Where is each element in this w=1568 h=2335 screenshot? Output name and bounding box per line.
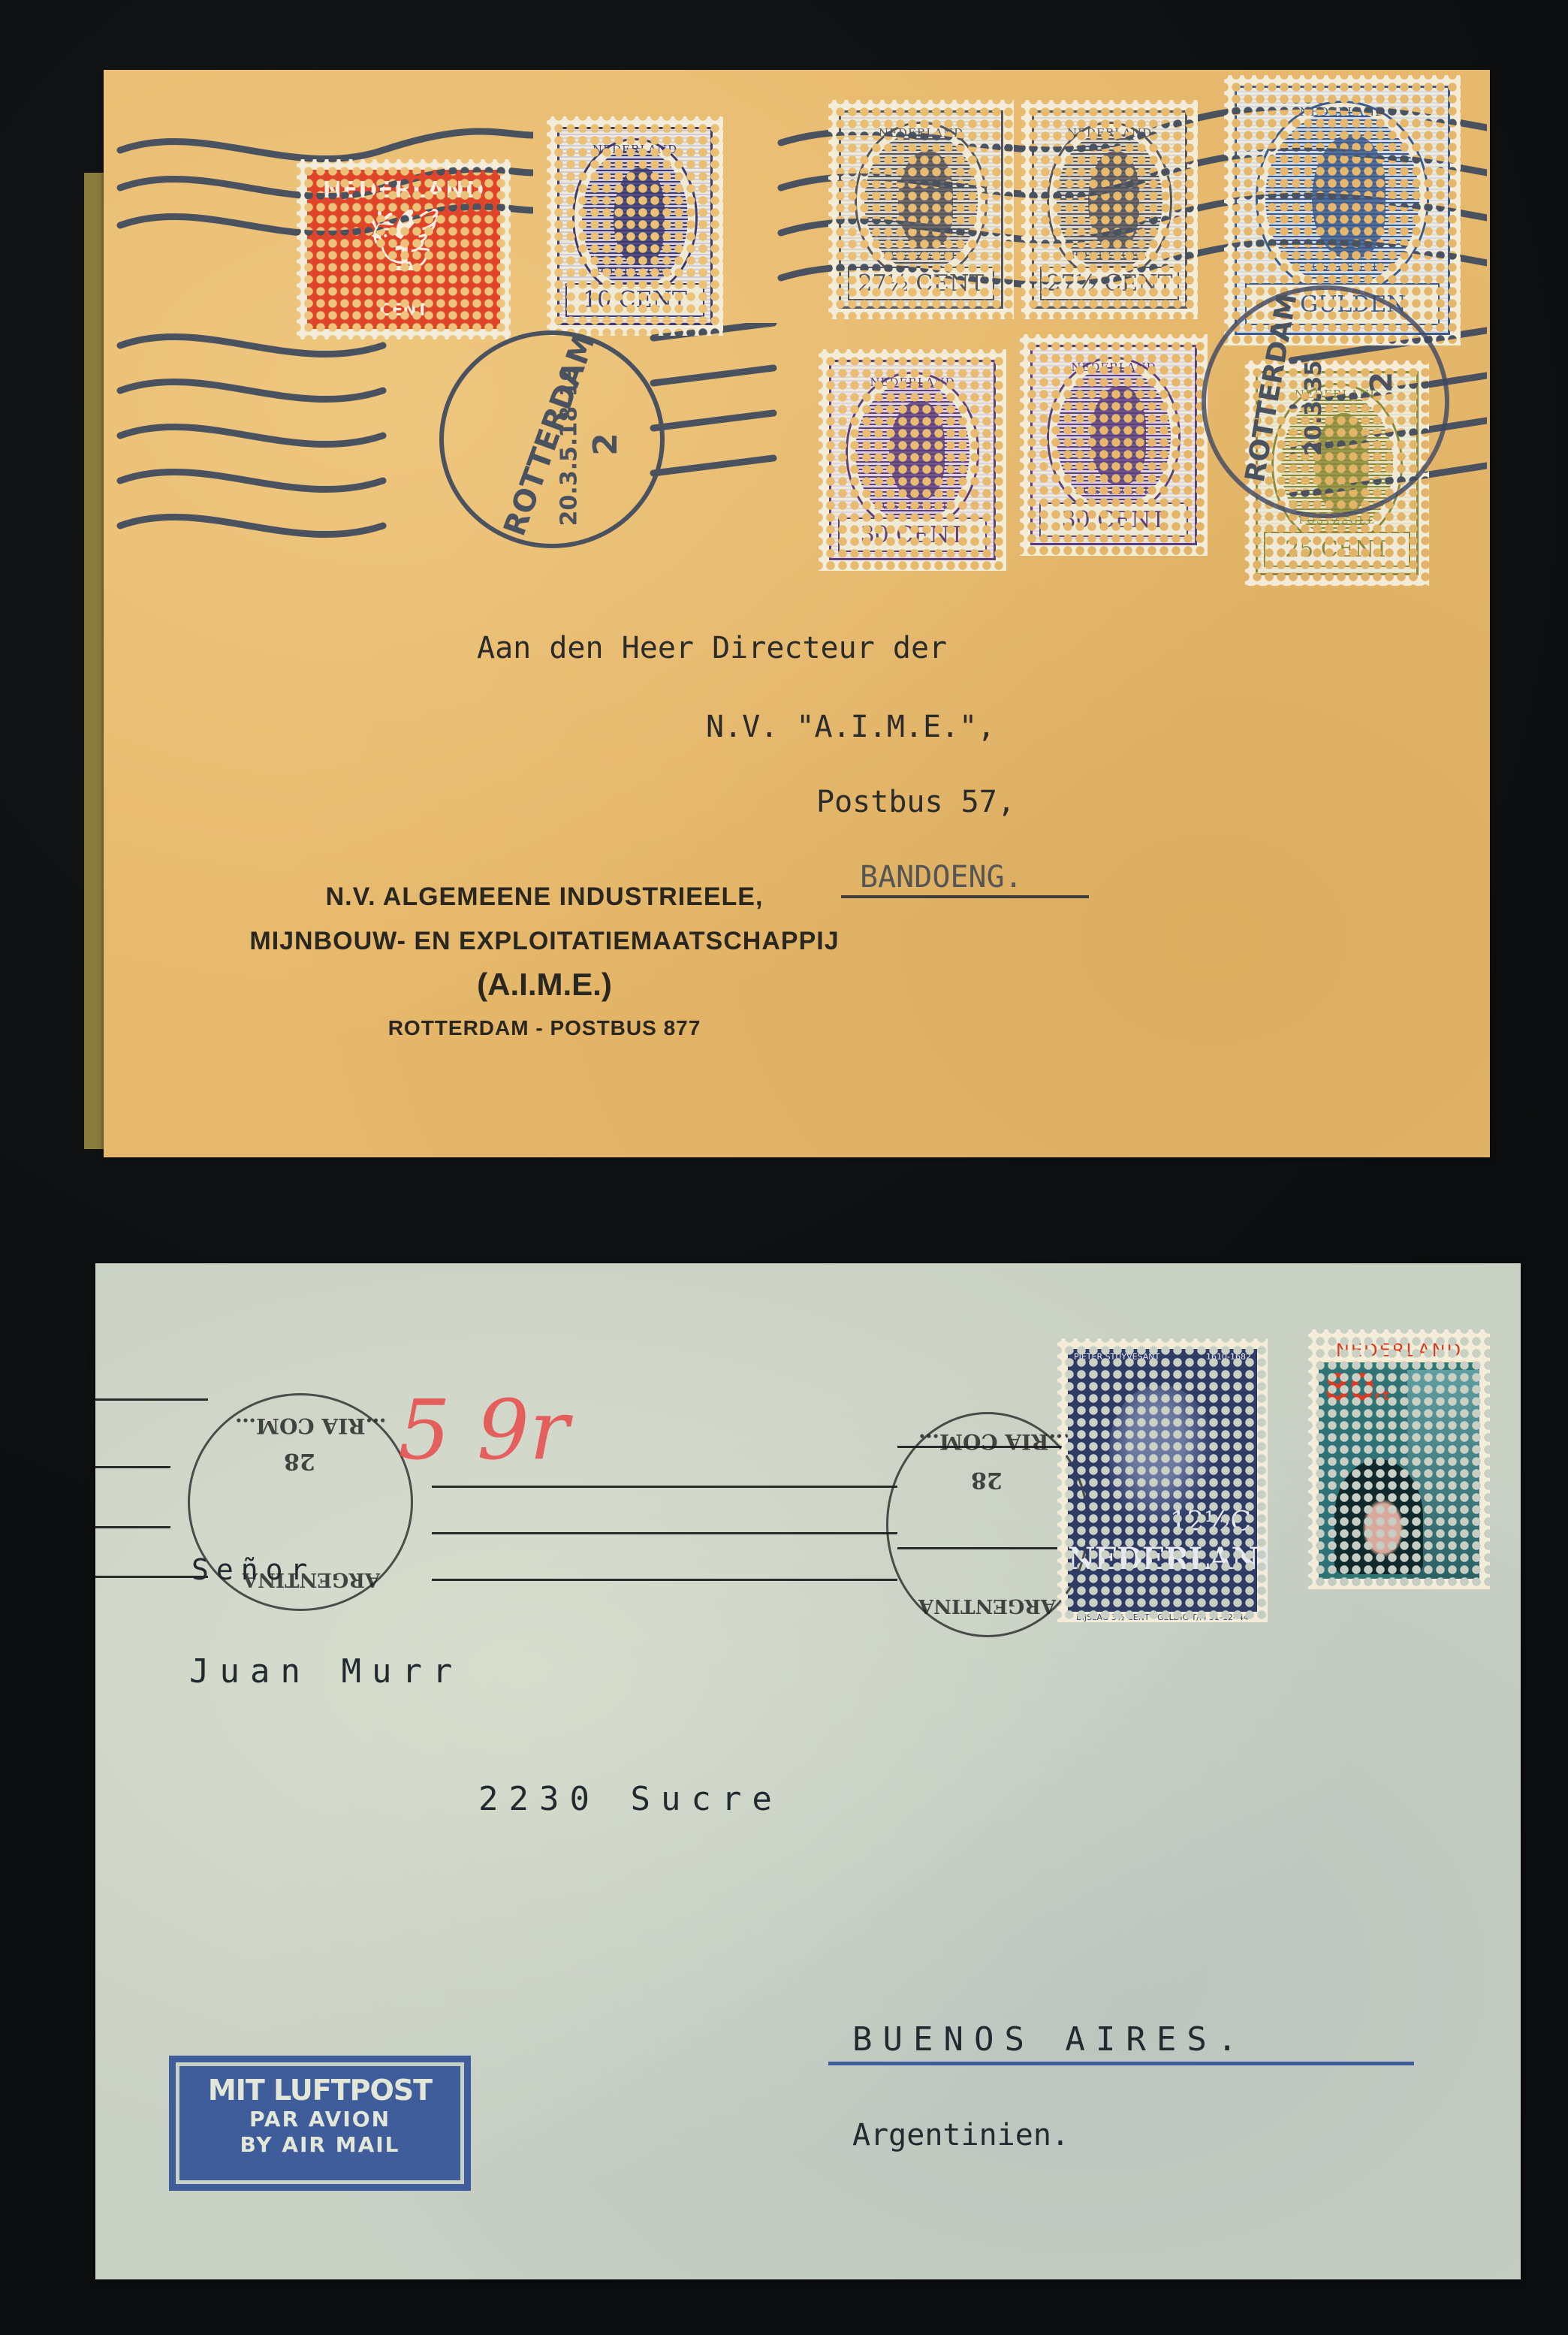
postmark-text-top: …RIA COM… — [235, 1413, 387, 1438]
stamp-value: 27½ CENT — [1040, 267, 1179, 300]
stamp-surcharge: BIJSLAG 3½ CENT · GELDIG T/M 31-12-'44 — [1068, 1612, 1257, 1623]
airmail-label: MIT LUFTPOST PAR AVION BY AIR MAIL — [169, 2056, 471, 2191]
stamp-country: NEDERLAND — [1068, 1541, 1257, 1576]
stamp-1-cent-dove: NEDERLAND 🕊 1 CENT — [297, 159, 511, 339]
stamp-inscription: POSTZEGEL — [1034, 250, 1185, 261]
address-line-3: Postbus 57, — [816, 785, 1015, 819]
stamp-country: NEDERLAND — [559, 143, 710, 156]
cancel-line — [95, 1526, 170, 1528]
address-name: Juan Murr — [189, 1652, 463, 1691]
queen-portrait — [1334, 1459, 1423, 1574]
postmark-text-top: …RIA COM… — [918, 1429, 1070, 1454]
sender-line-1: N.V. ALGEMEENE INDUSTRIEELE, — [214, 882, 875, 912]
stamp-inscription: POSTZEGEL — [831, 501, 994, 512]
postmark-city: ROTTERDAM — [1240, 291, 1304, 484]
sender-line-4: ROTTERDAM - POSTBUS 877 — [214, 1016, 875, 1040]
sender-line-2: MIJNBOUW- EN EXPLOITATIEMAATSCHAPPIJ — [214, 927, 875, 956]
address-underline — [828, 2062, 1414, 2065]
stamp-10-cent: NEDERLAND POSTZEGEL 10 CENT — [547, 116, 723, 336]
sender-imprint: N.V. ALGEMEENE INDUSTRIEELE, MIJNBOUW- E… — [214, 882, 875, 1040]
address-salutation: Señor — [191, 1553, 315, 1586]
address-line-1: Aan den Heer Directeur der — [477, 631, 947, 665]
stamp-value-number: 80 — [1325, 1367, 1375, 1409]
cancel-line — [95, 1466, 170, 1468]
cancel-line — [95, 1398, 208, 1401]
address-city: BUENOS AIRES. — [852, 2020, 1247, 2059]
postmark-text-bottom: ARGENTINA — [918, 1594, 1056, 1617]
stamp-value: 30 CENT — [838, 517, 988, 552]
stamp-inscription: POSTZEGEL — [1237, 261, 1448, 273]
stamp-value-unit: CENT — [307, 301, 500, 320]
stamp-subject: PIETER STUYVESANT — [1074, 1352, 1159, 1362]
stamp-inscription: POSTZEGEL — [559, 267, 710, 278]
stamp-header: PIETER STUYVESANT 1610-1682 — [1068, 1349, 1257, 1365]
stamp-country: NEDERLAND — [841, 126, 1001, 140]
address-underline — [841, 895, 1089, 898]
airmail-label-line-2: PAR AVION — [179, 2107, 460, 2132]
stamp-country: NEDERLAND — [1237, 105, 1448, 119]
stamp-value-number: 1 — [307, 241, 500, 276]
address-country: Argentinien. — [852, 2118, 1069, 2152]
postmark-rotterdam: ROTTERDAM 20.3.5.18-19 2 — [439, 330, 665, 548]
handwritten-note: 5 9r — [398, 1382, 569, 1478]
stamp-inscription: POSTZEGEL — [1033, 486, 1195, 497]
cancel-line — [432, 1532, 897, 1534]
airmail-label-line-3: BY AIR MAIL — [179, 2132, 460, 2158]
address-street: 2230 Sucre — [478, 1780, 782, 1818]
stamp-country: NEDERLAND — [1033, 361, 1195, 374]
stamp-value: 12½C — [1170, 1507, 1251, 1537]
address-line-4: BANDOENG. — [860, 860, 1023, 894]
stamp-80-ct: NEDERLAND 80ct — [1308, 1329, 1490, 1589]
stamp-country: NEDERLAND — [831, 376, 994, 389]
sender-line-3: (A.I.M.E.) — [214, 967, 875, 1003]
cancel-line — [432, 1486, 897, 1488]
address-line-2: N.V. "A.I.M.E.", — [706, 710, 995, 744]
cancel-line — [432, 1579, 897, 1581]
postmark-office-number: 2 — [586, 433, 625, 456]
airmail-label-line-1: MIT LUFTPOST — [179, 2074, 460, 2107]
stamp-years: 1610-1682 — [1206, 1352, 1251, 1362]
stamp-country: NEDERLAND — [1034, 126, 1185, 140]
postmark-rotterdam: ROTTERDAM 20.3.35 2 — [1202, 285, 1449, 518]
stamp-inscription: POSTZEGEL — [841, 250, 1001, 261]
stamp-value-unit: ct — [1375, 1388, 1389, 1404]
postmark-date: 20.3.5.18-19 — [556, 366, 582, 526]
stamp-value: 25 CENT — [1264, 532, 1410, 567]
stamp-country: NEDERLAND — [1319, 1340, 1479, 1362]
stamp-30-cent: NEDERLAND POSTZEGEL 30 CENT — [819, 349, 1006, 571]
postmark-text-mid: 28 — [284, 1448, 315, 1474]
stamp-27-5-cent: NEDERLAND POSTZEGEL 27½ CENT — [828, 100, 1014, 319]
stamp-30-cent: NEDERLAND POSTZEGEL 30 CENT — [1020, 334, 1208, 556]
stamp-stuyvesant-12-5c: PIETER STUYVESANT 1610-1682 12½C NEDERLA… — [1057, 1338, 1268, 1622]
postmark-date: 20.3.35 — [1301, 361, 1327, 456]
postmark-office-number: 2 — [1364, 372, 1399, 393]
stamp-value: 27½ CENT — [848, 267, 995, 300]
postmark-text-mid: 28 — [971, 1467, 1003, 1493]
stamp-value: 30 CENT — [1039, 502, 1189, 537]
stamp-value: 80ct — [1325, 1367, 1389, 1409]
stamp-value: 10 CENT — [565, 283, 704, 317]
stamp-country: NEDERLAND — [307, 170, 500, 204]
stamp-27-5-cent: NEDERLAND POSTZEGEL 27½ CENT — [1021, 100, 1198, 319]
